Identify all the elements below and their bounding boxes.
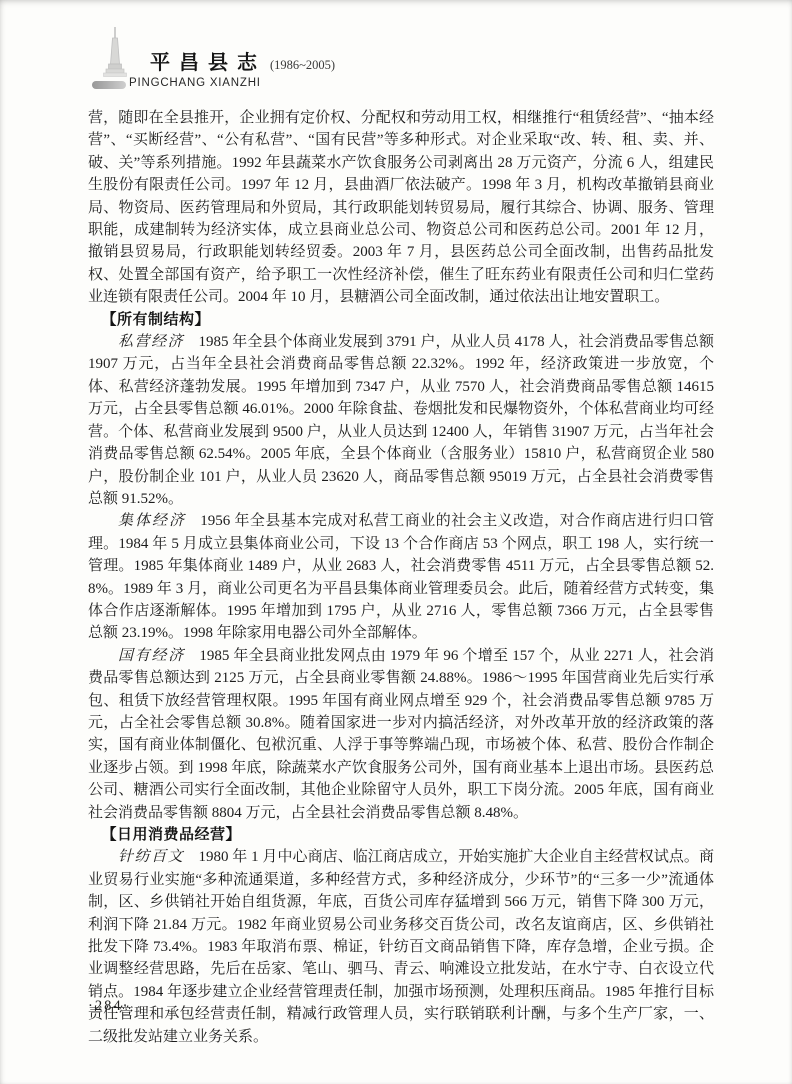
paragraph-textiles-general-goods-text: 1980 年 1 月中心商店、临江商店成立，开始实施扩大企业自主经营权试点。商业… — [88, 849, 714, 1044]
book-subtitle-pinyin: PINGCHANG XIANZHI — [129, 77, 261, 89]
body-text: 营，随即在全县推开，企业拥有定价权、分配权和劳动用工权，相继推行“租赁经营”、“… — [88, 107, 714, 1048]
paragraph-private-economy-text: 1985 年全县个体商业发展到 3791 户，从业人员 4178 人，社会消费品… — [88, 334, 714, 507]
lead-textiles-general-goods: 针纺百文 — [118, 849, 184, 865]
paragraph-state-economy-text: 1985 年全县商业批发网点由 1979 年 96 个增至 157 个，从业 2… — [88, 648, 714, 821]
page-header: 平昌县志 (1986~2005) PINGCHANG XIANZHI — [0, 0, 792, 100]
paragraph-collective-economy-text: 1956 年全县基本完成对私营工商业的社会主义改造，对合作商店进行归口管理。19… — [88, 513, 714, 641]
lead-private-economy: 私营经济 — [118, 334, 184, 350]
page: 平昌县志 (1986~2005) PINGCHANG XIANZHI 营，随即在… — [0, 0, 792, 1084]
ink-smudge-icon — [92, 81, 126, 89]
section-heading-daily-consumer-goods: 【日用消费品经营】 — [88, 824, 714, 846]
lead-collective-economy: 集体经济 — [118, 513, 186, 529]
page-footer: ·284· — [88, 997, 129, 1015]
page-number: ·284· — [88, 998, 129, 1014]
paragraph-private-economy: 私营经济1985 年全县个体商业发展到 3791 户，从业人员 4178 人，社… — [88, 331, 714, 510]
lead-state-economy: 国有经济 — [118, 648, 185, 664]
book-title-years: (1986~2005) — [270, 58, 335, 72]
section-heading-ownership-structure: 【所有制结构】 — [88, 309, 714, 331]
paragraph-state-economy: 国有经济1985 年全县商业批发网点由 1979 年 96 个增至 157 个，… — [88, 645, 714, 824]
tower-monument-logo-icon — [98, 26, 132, 84]
paragraph-textiles-general-goods: 针纺百文1980 年 1 月中心商店、临江商店成立，开始实施扩大企业自主经营权试… — [88, 846, 714, 1048]
book-title: 平昌县志 — [150, 52, 266, 74]
opening-paragraph: 营，随即在全县推开，企业拥有定价权、分配权和劳动用工权，相继推行“租赁经营”、“… — [88, 107, 714, 309]
paragraph-collective-economy: 集体经济1956 年全县基本完成对私营工商业的社会主义改造，对合作商店进行归口管… — [88, 510, 714, 644]
